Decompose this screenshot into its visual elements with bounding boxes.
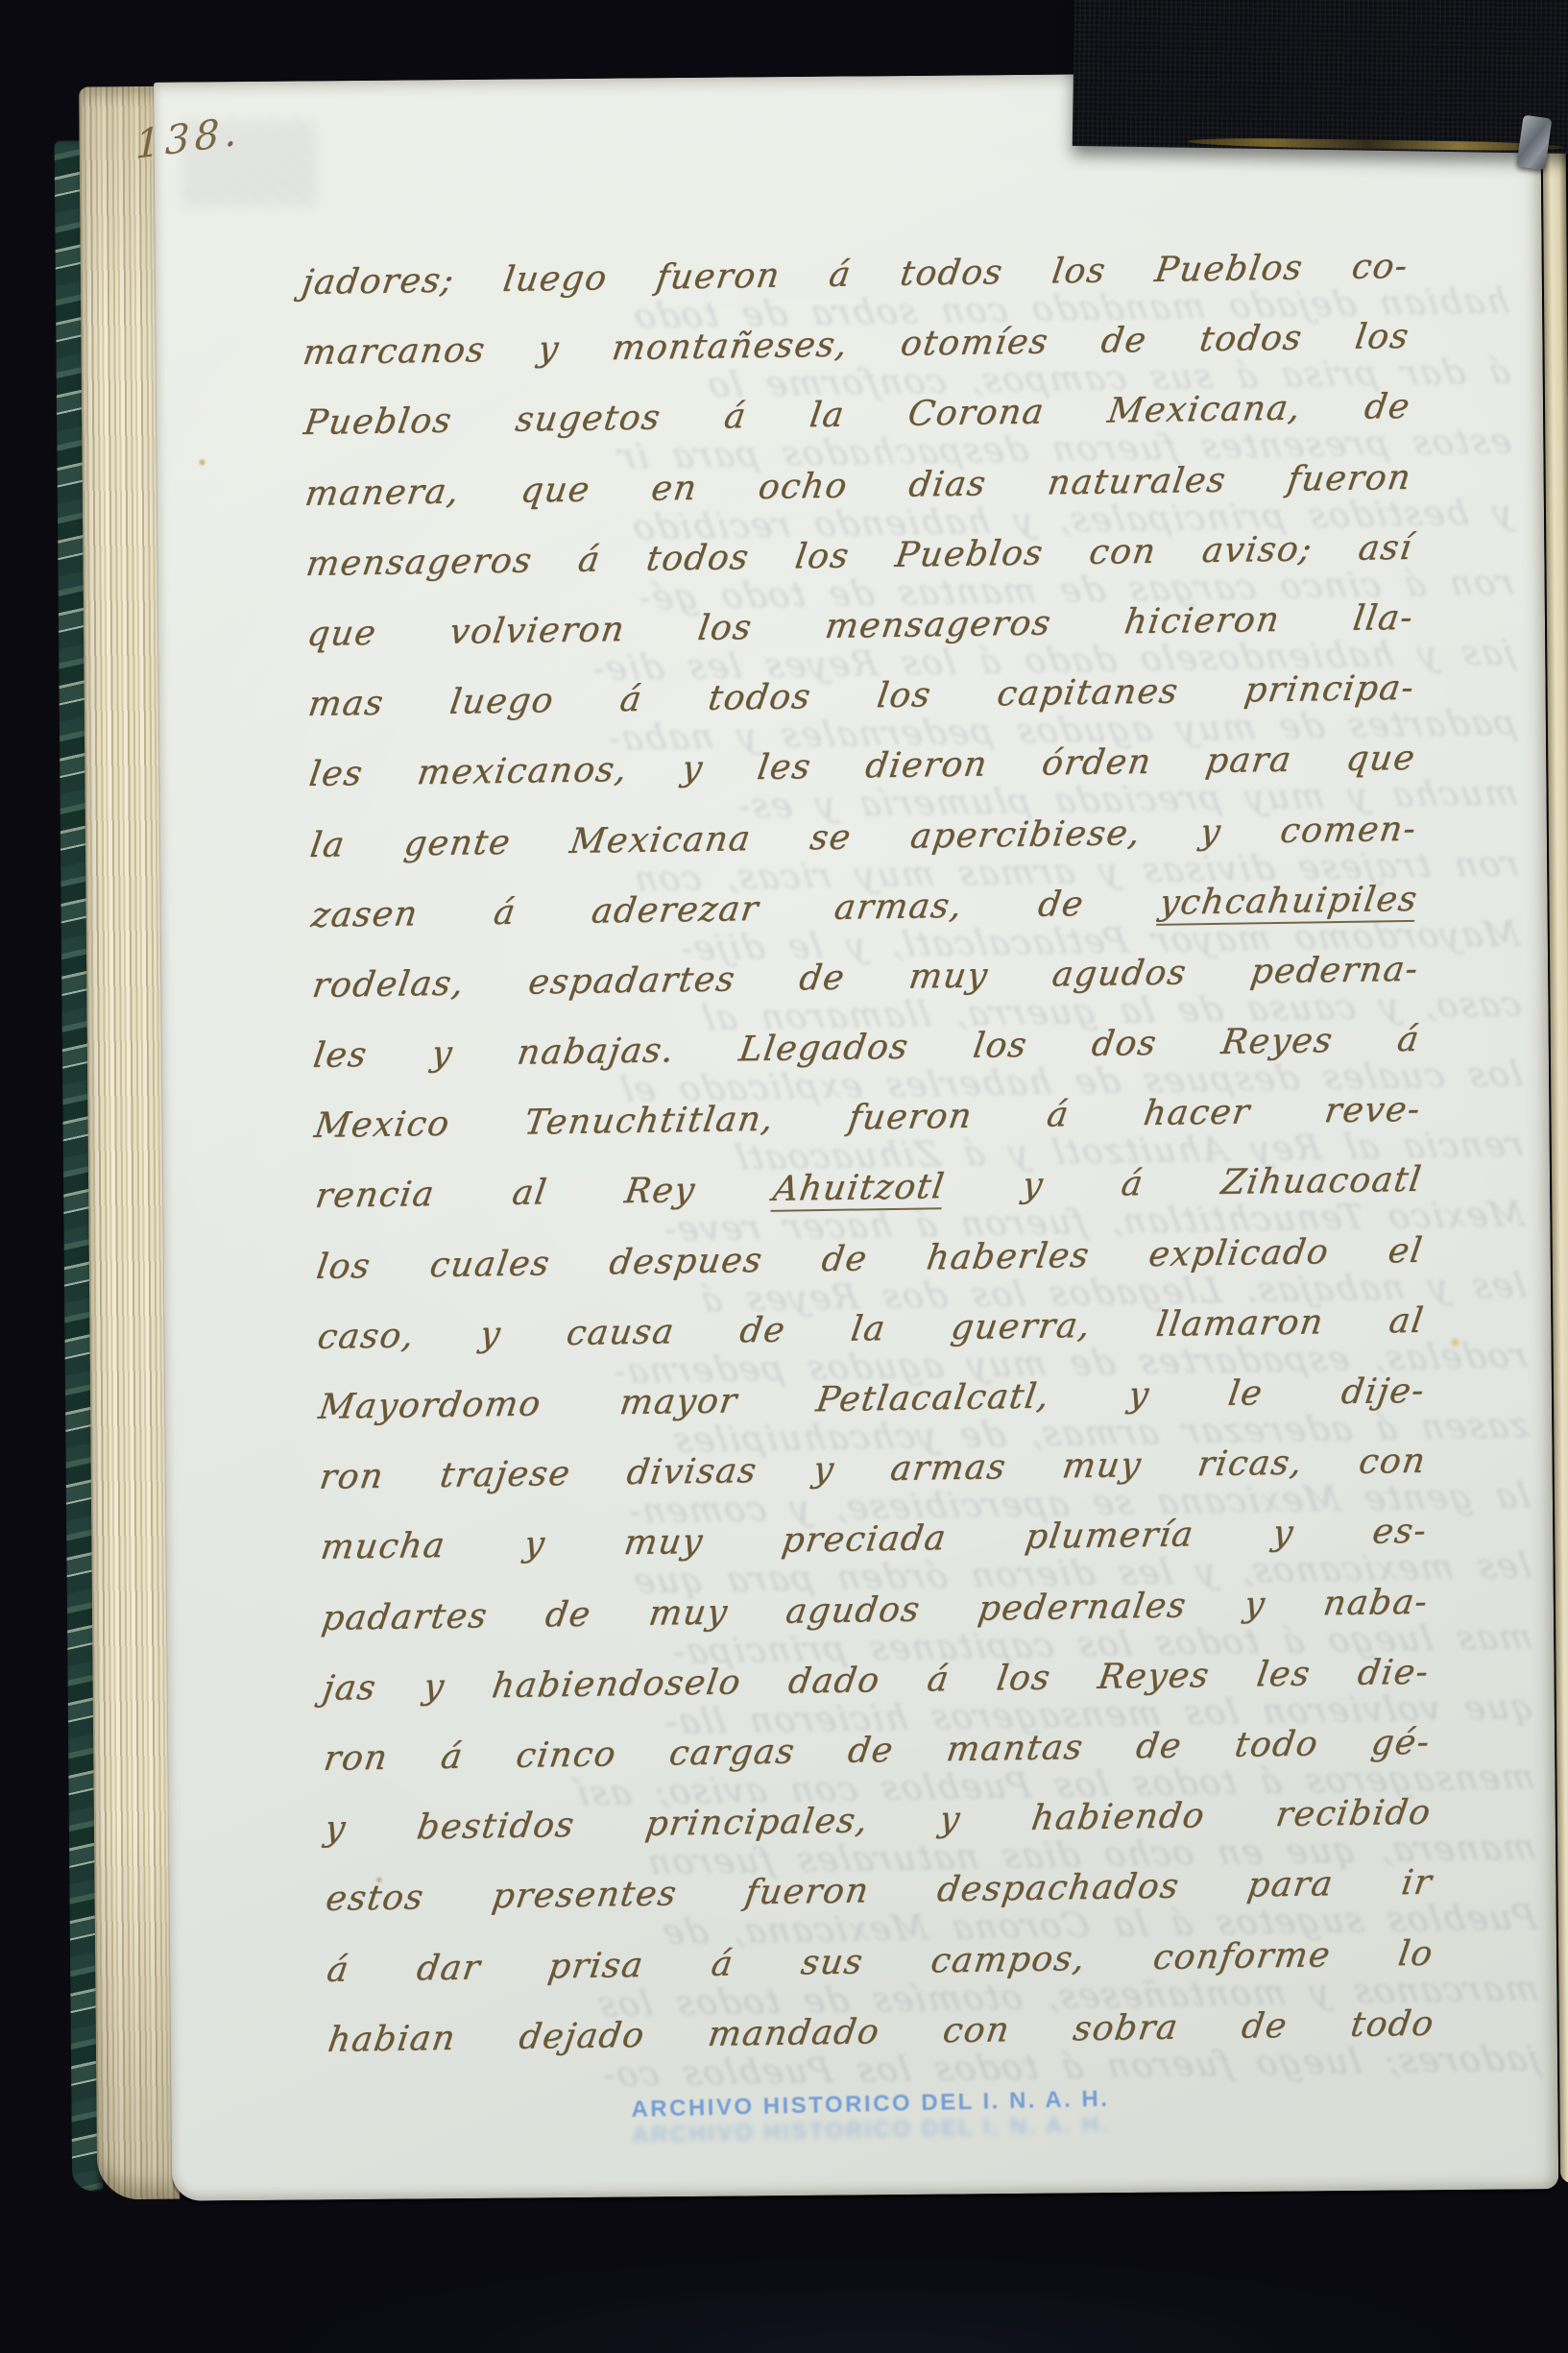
photograph: habian dejado mandado con sobra de todoá… [0, 0, 1568, 2353]
foxing-stain [197, 458, 206, 466]
book: habian dejado mandado con sobra de todoá… [50, 66, 1568, 2207]
book-cover-top-right [1073, 0, 1568, 154]
floor-sheen [0, 2209, 1568, 2353]
archive-stamp-area: ARCHIVO HISTORICO DEL I. N. A. H. ARCHIV… [601, 2085, 1139, 2124]
manuscript-page: habian dejado mandado con sobra de todoá… [154, 70, 1558, 2201]
underlined-word: Ahuitzotl [770, 1168, 948, 1213]
foxing-stain [1448, 1337, 1461, 1347]
underlined-word: ychcahuipiles [1156, 879, 1420, 925]
manuscript-text: jadores; luego fueron á todos los Pueblo… [300, 247, 1433, 2091]
